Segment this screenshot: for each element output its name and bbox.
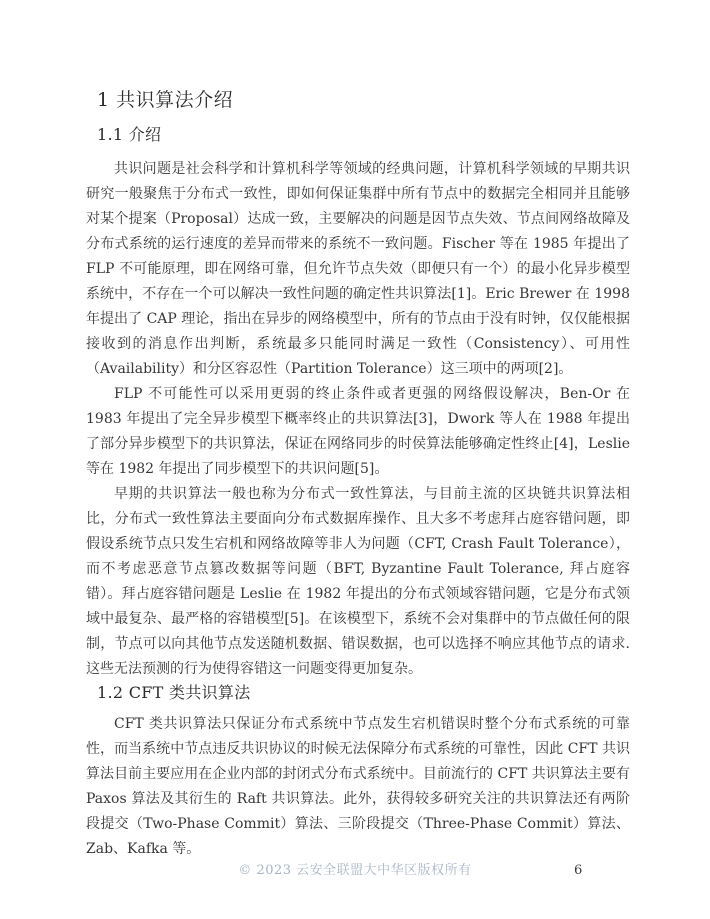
- document-title: 1 共识算法介绍: [97, 89, 233, 111]
- section-1-2-body: CFT 类共识算法只保证分布式系统中节点发生宕机错误时整个分布式系统的可靠性，而…: [86, 712, 630, 862]
- section-1-1-body: 共识问题是社会科学和计算机科学等领域的经典问题，计算机科学领域的早期共识研究一般…: [86, 157, 630, 682]
- paragraph-cft-algorithms: CFT 类共识算法只保证分布式系统中节点发生宕机错误时整个分布式系统的可靠性，而…: [86, 712, 630, 862]
- paragraph-early-algorithms: 早期的共识算法一般也称为分布式一致性算法，与目前主流的区块链共识算法相比，分布式…: [86, 482, 630, 682]
- paragraph-consensus-intro: 共识问题是社会科学和计算机科学等领域的经典问题，计算机科学领域的早期共识研究一般…: [86, 157, 630, 382]
- section-heading-1-2: 1.2 CFT 类共识算法: [97, 683, 251, 703]
- section-heading-1-1: 1.1 介绍: [97, 125, 161, 145]
- page-number: 6: [574, 863, 582, 878]
- footer-copyright: © 2023 云安全联盟大中华区版权所有: [0, 863, 710, 878]
- document-page: 1 共识算法介绍 1.1 介绍 共识问题是社会科学和计算机科学等领域的经典问题，…: [0, 0, 710, 919]
- paragraph-flp-solutions: FLP 不可能性可以采用更弱的终止条件或者更强的网络假设解决，Ben-Or 在 …: [86, 382, 630, 482]
- page-footer: © 2023 云安全联盟大中华区版权所有 6: [0, 863, 710, 883]
